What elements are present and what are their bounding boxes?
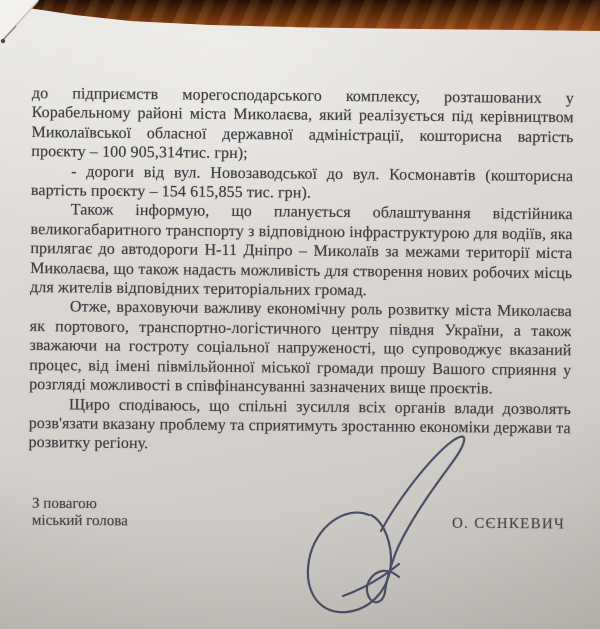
paragraph-parking-info: Також інформую, що планується облаштуван… xyxy=(30,200,573,302)
closing-block: З повагою міський голова xyxy=(32,496,128,530)
signature-scrawl xyxy=(295,425,480,625)
closing-title: міський голова xyxy=(32,512,128,529)
paragraph-continuation: до підприємств морегосподарського компле… xyxy=(31,84,574,167)
photo-of-letter: до підприємств морегосподарського компле… xyxy=(0,0,600,629)
second-paper-corner xyxy=(0,0,60,60)
signature-ellipse-stroke xyxy=(308,513,391,613)
paragraph-road-item: - дороги від вул. Новозаводської до вул.… xyxy=(31,162,573,206)
letter-body: до підприємств морегосподарського компле… xyxy=(28,84,574,458)
paragraph-request: Отже, враховуючи важливу економічну роль… xyxy=(29,297,572,399)
pen-tip-dot xyxy=(1,39,5,43)
closing-salutation: З повагою xyxy=(32,496,128,513)
